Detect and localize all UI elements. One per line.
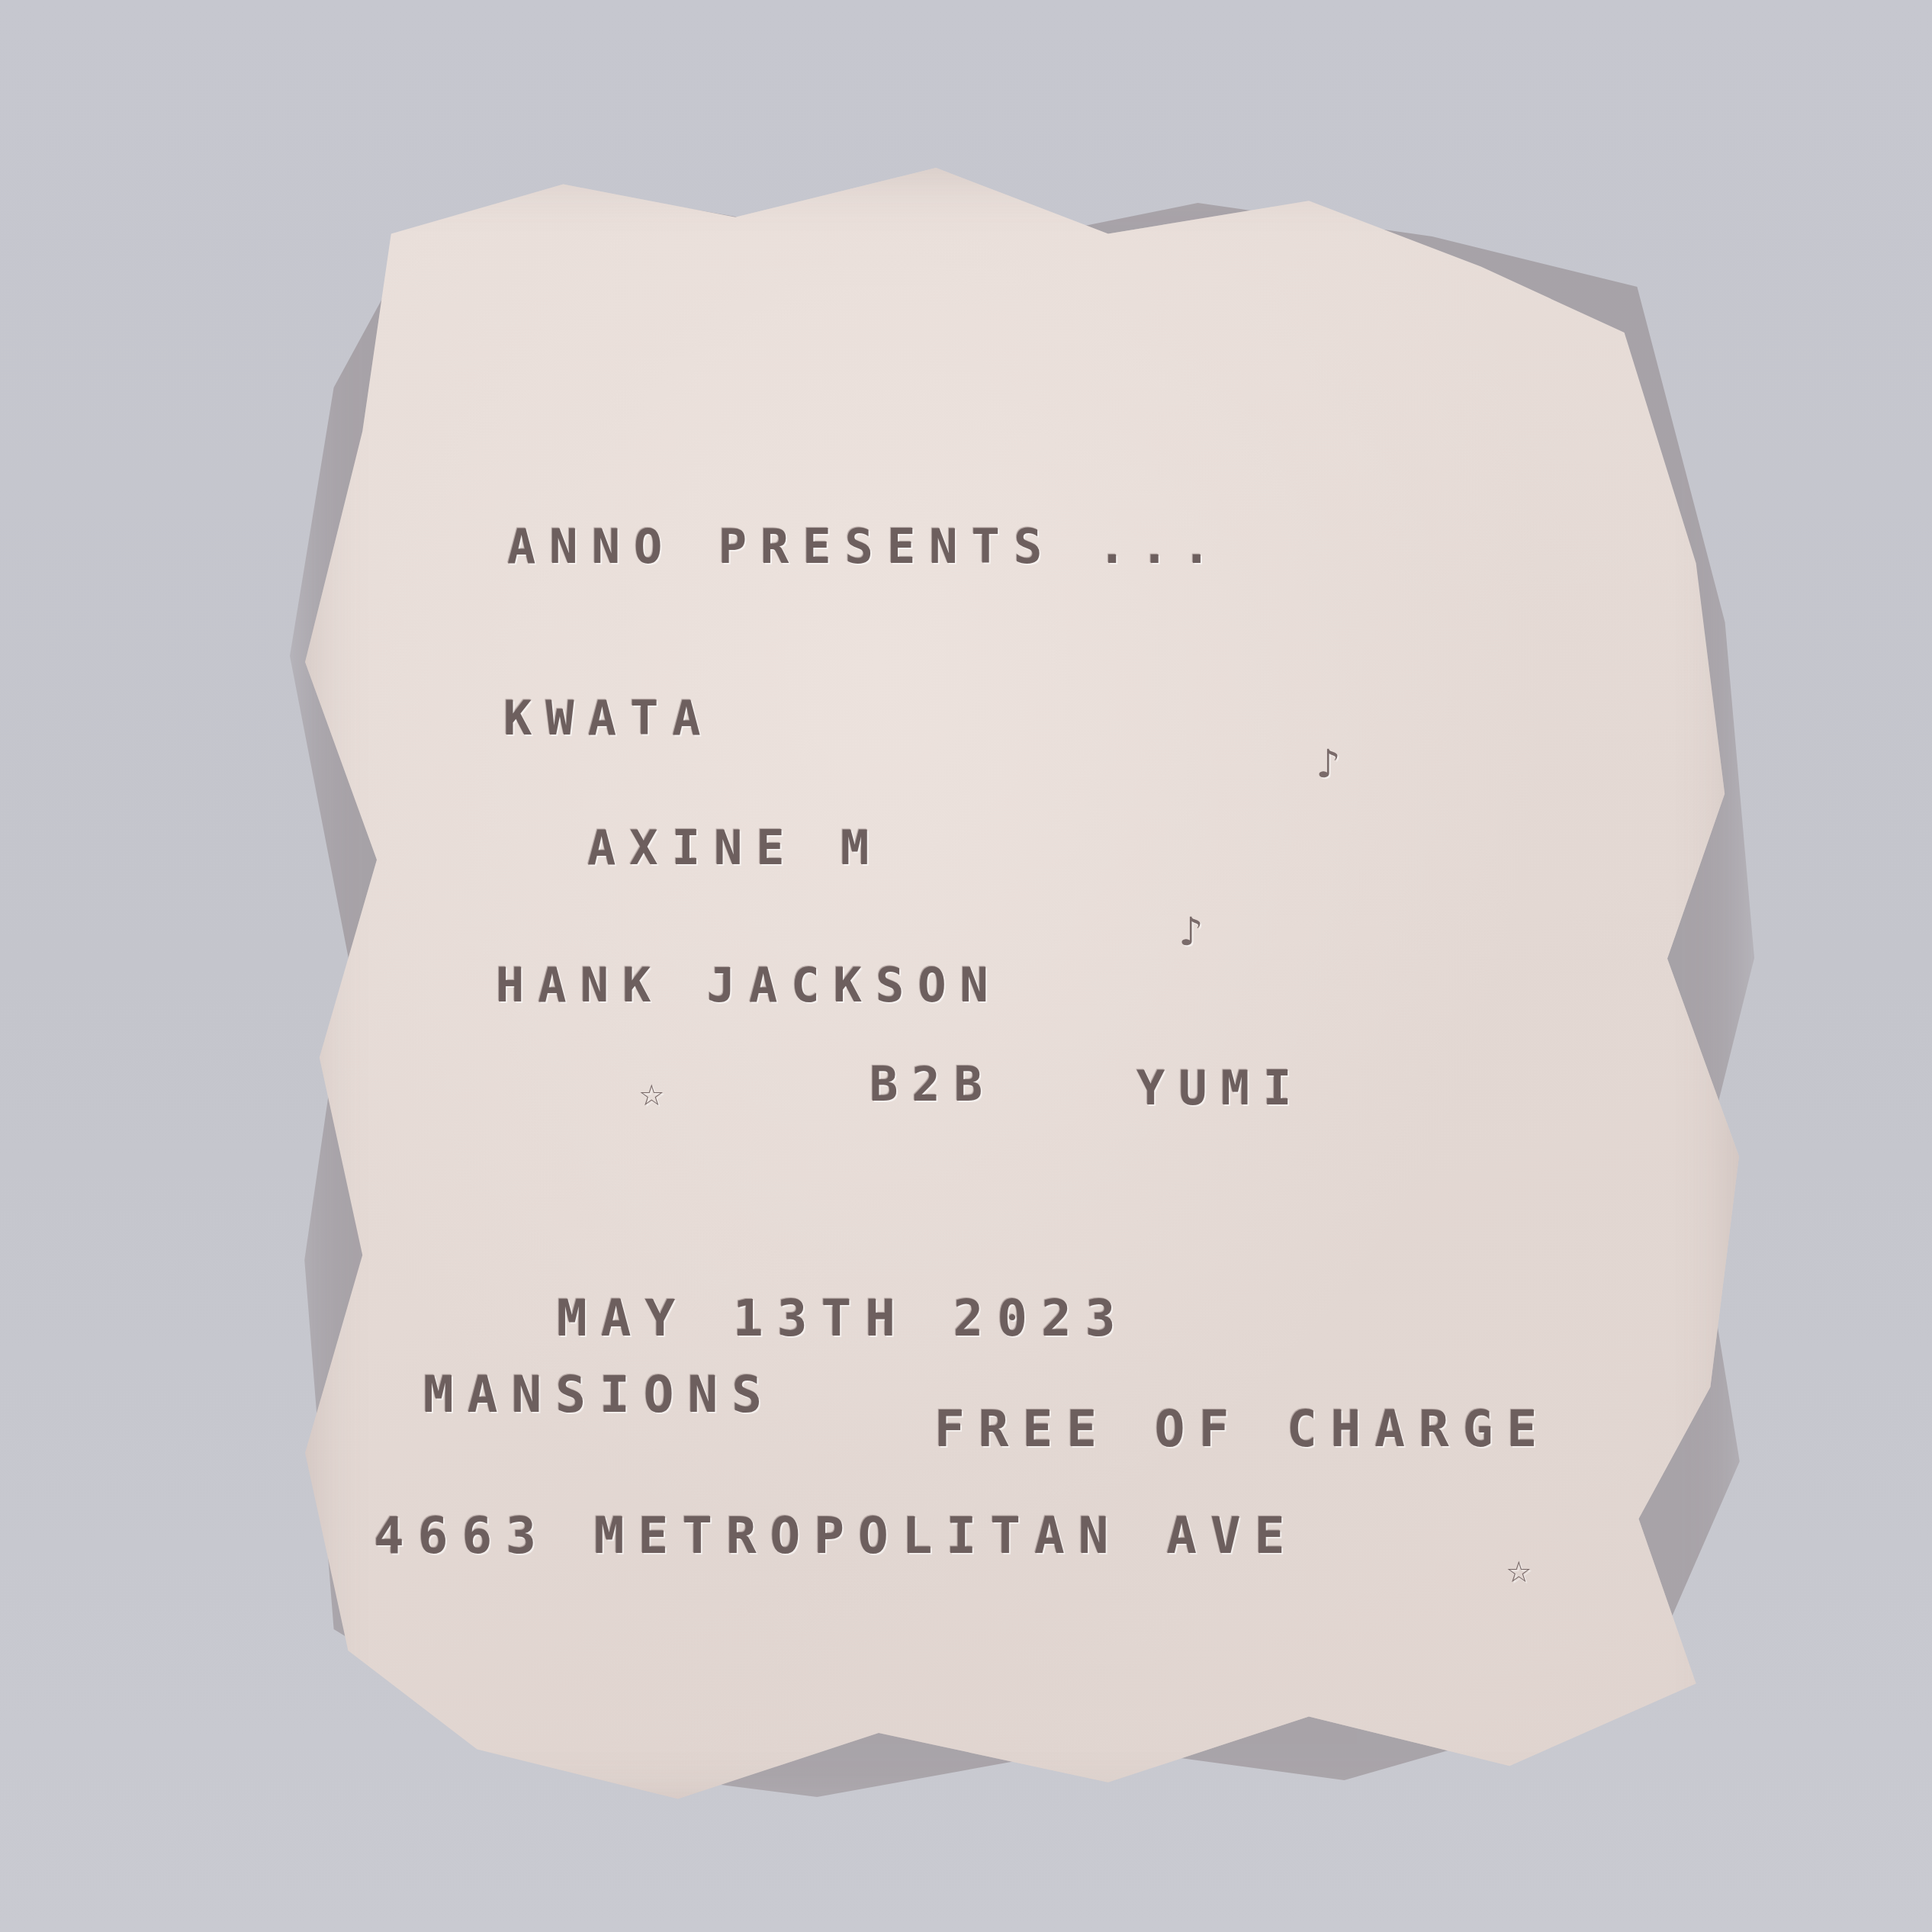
artist-axine-m: AXINE M — [587, 820, 882, 876]
price-text: FREE OF CHARGE — [934, 1400, 1551, 1458]
address-text: 4663 METROPOLITAN AVE — [374, 1506, 1298, 1565]
music-note-icon: ♪ — [1178, 908, 1204, 956]
music-note-icon: ♪ — [1316, 740, 1341, 788]
star-icon: ☆ — [639, 1068, 664, 1116]
venue-name: MANSIONS — [423, 1365, 776, 1424]
artist-hank-jackson: HANK JACKSON — [496, 957, 1002, 1013]
b2b-label: B2B — [870, 1056, 996, 1112]
artist-kwata: KWATA — [503, 690, 715, 746]
event-date: MAY 13TH 2023 — [557, 1289, 1130, 1348]
header-text: ANNO PRESENTS ... — [507, 519, 1225, 574]
artist-yumi: YUMI — [1136, 1060, 1305, 1116]
star-icon: ☆ — [1506, 1545, 1532, 1593]
